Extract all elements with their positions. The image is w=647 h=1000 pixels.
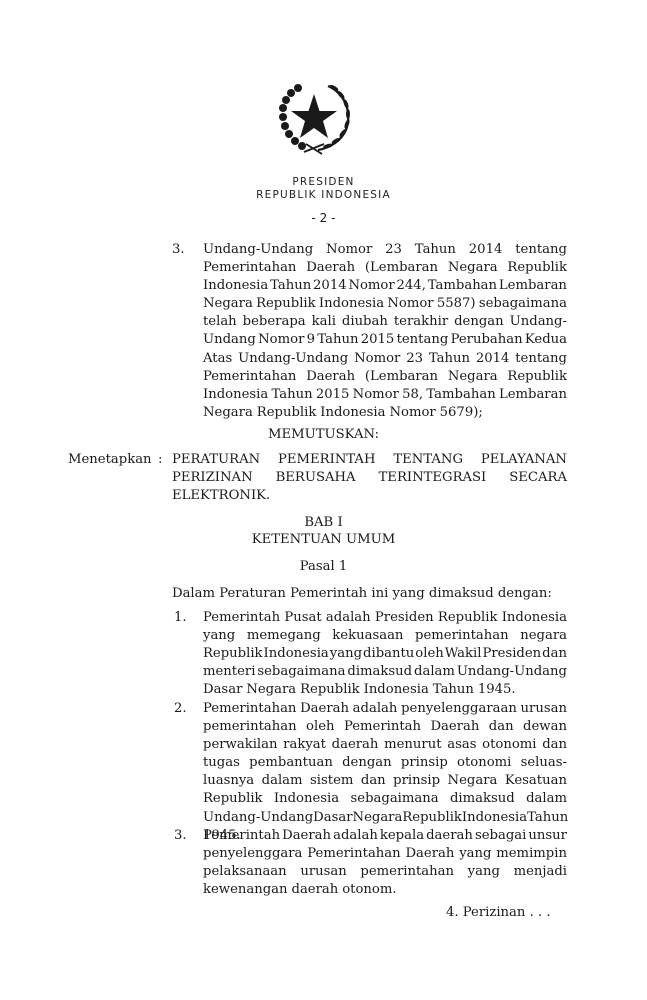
text-line: telahbeberapakalidiubahterakhirdenganUnd… (203, 313, 567, 331)
header-president: PRESIDEN (0, 176, 647, 188)
definition-text: PemerintahPusatadalahPresidenRepublikInd… (203, 609, 567, 699)
text-line: Undang-UndangNomor23Tahun2014tentang (203, 241, 567, 259)
header-republic: REPUBLIK INDONESIA (0, 189, 647, 201)
text-line: DasarNegaraRepublikIndonesiaTahun1945. (203, 681, 567, 699)
text-line: PemerintahanDaerahadalahpenyelenggaraanu… (203, 700, 567, 718)
text-line: menterisebagaimanadimaksuddalamUndang-Un… (203, 663, 567, 681)
garuda-star-emblem-icon (272, 78, 356, 158)
text-line: pelaksanaanurusanpemerintahanyangmenjadi (203, 863, 567, 881)
text-line: RepublikIndonesiasebagaimanadimaksuddala… (203, 790, 567, 808)
regulation-title: PERATURANPEMERINTAHTENTANGPELAYANANPERIZ… (172, 451, 567, 505)
chapter-number: BAB I (0, 514, 647, 532)
text-line: PemerintahPusatadalahPresidenRepublikInd… (203, 609, 567, 627)
definition-number: 3. (174, 827, 187, 845)
definition-number: 2. (174, 700, 187, 718)
text-line: PemerintahDaerahadalahkepaladaerahsebaga… (203, 827, 567, 845)
continuation-marker: 4. Perizinan . . . (446, 904, 551, 922)
article-number: Pasal 1 (0, 558, 647, 576)
considering-item-text: Undang-UndangNomor23Tahun2014tentangPeme… (203, 241, 567, 422)
menetapkan-colon: : (158, 451, 162, 469)
text-line: NegaraRepublikIndonesiaNomor5679); (203, 404, 567, 422)
text-line: kewenangandaerahotonom. (203, 881, 567, 899)
text-line: luasnyadalamsistemdanprinsipNegaraKesatu… (203, 772, 567, 790)
article-intro: Dalam Peraturan Pemerintah ini yang dima… (172, 585, 552, 603)
text-line: ELEKTRONIK. (172, 487, 567, 505)
chapter-title: KETENTUAN UMUM (0, 531, 647, 549)
definition-text: PemerintahDaerahadalahkepaladaerahsebaga… (203, 827, 567, 899)
text-line: RepublikIndonesiayangdibantuolehWakilPre… (203, 645, 567, 663)
page-number: - 2 - (0, 211, 647, 225)
text-line: AtasUndang-UndangNomor23Tahun2014tentang (203, 350, 567, 368)
text-line: yangmemegangkekuasaanpemerintahannegara (203, 627, 567, 645)
text-line: PERATURANPEMERINTAHTENTANGPELAYANAN (172, 451, 567, 469)
text-line: IndonesiaTahun2015Nomor58,TambahanLembar… (203, 386, 567, 404)
definition-number: 1. (174, 609, 187, 627)
text-line: PemerintahanDaerah(LembaranNegaraRepubli… (203, 259, 567, 277)
text-line: penyelenggaraPemerintahanDaerahyangmemim… (203, 845, 567, 863)
menetapkan-label: Menetapkan (68, 451, 152, 469)
text-line: UndangNomor9Tahun2015tentangPerubahanKed… (203, 331, 567, 349)
text-line: pemerintahanolehPemerintahDaerahdandewan (203, 718, 567, 736)
text-line: PERIZINANBERUSAHATERINTEGRASISECARA (172, 469, 567, 487)
considering-item-number: 3. (172, 241, 185, 259)
text-line: Undang-UndangDasarNegaraRepublikIndonesi… (203, 809, 567, 827)
definition-text: PemerintahanDaerahadalahpenyelenggaraanu… (203, 700, 567, 845)
text-line: tugaspembantuandenganprinsipotonomiselua… (203, 754, 567, 772)
text-line: perwakilanrakyatdaerahmenurutasasotonomi… (203, 736, 567, 754)
text-line: PemerintahanDaerah(LembaranNegaraRepubli… (203, 368, 567, 386)
text-line: NegaraRepublikIndonesiaNomor5587)sebagai… (203, 295, 567, 313)
decision-heading: MEMUTUSKAN: (0, 426, 647, 444)
text-line: IndonesiaTahun2014Nomor244,TambahanLemba… (203, 277, 567, 295)
